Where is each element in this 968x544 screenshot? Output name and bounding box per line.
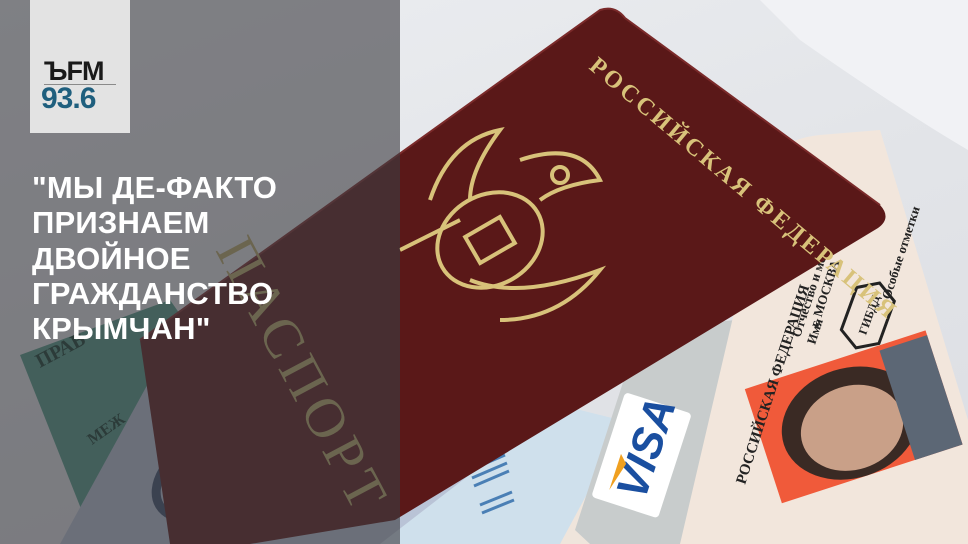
headline-line: ПРИЗНАЕМ [32,205,392,240]
paper-sheet [760,0,968,150]
headline: "МЫ ДЕ-ФАКТО ПРИЗНАЕМ ДВОЙНОЕ ГРАЖДАНСТВ… [32,170,392,346]
promo-image: ПРАВ МЕЖ VISA [0,0,968,544]
headline-line: ДВОЙНОЕ [32,241,392,276]
logo-frequency: 93.6 [41,84,95,114]
radio-logo: ЪFM 93.6 [30,0,130,133]
headline-line: "МЫ ДЕ-ФАКТО [32,170,392,205]
logo-brand: ЪFM [44,58,103,84]
headline-line: ГРАЖДАНСТВО [32,276,392,311]
headline-line: КРЫМЧАН" [32,311,392,346]
